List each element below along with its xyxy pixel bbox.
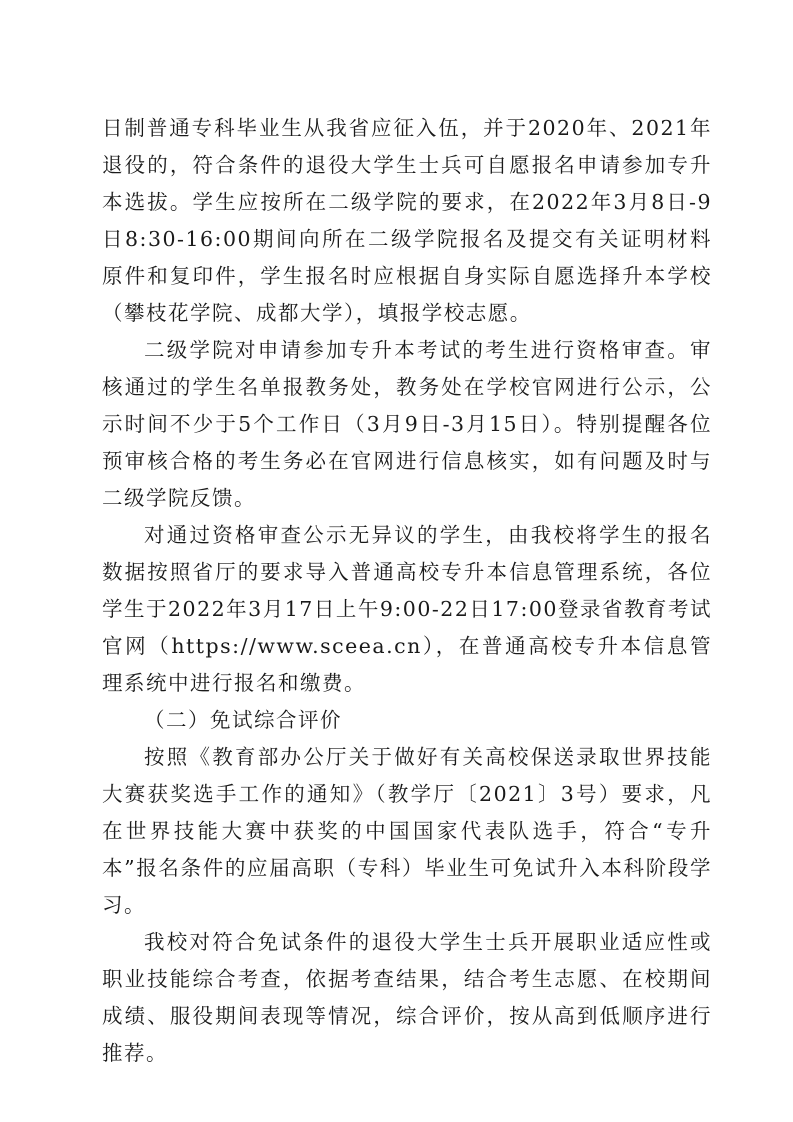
paragraph-registration: 对通过资格审查公示无异议的学生，由我校将学生的报名数据按照省厅的要求导入普通高校…: [102, 517, 712, 702]
paragraph-continuation: 日制普通专科毕业生从我省应征入伍，并于2020年、2021年退役的，符合条件的退…: [102, 110, 712, 332]
paragraph-qualification-review: 二级学院对申请参加专升本考试的考生进行资格审查。审核通过的学生名单报教务处，教务…: [102, 332, 712, 517]
section-heading-exempt-evaluation: （二）免试综合评价: [102, 702, 712, 739]
paragraph-world-skills: 按照《教育部办公厅关于做好有关高校保送录取世界技能大赛获奖选手工作的通知》（教学…: [102, 739, 712, 924]
paragraph-veteran-evaluation: 我校对符合免试条件的退役大学生士兵开展职业适应性或职业技能综合考查，依据考查结果…: [102, 924, 712, 1072]
document-page: 日制普通专科毕业生从我省应征入伍，并于2020年、2021年退役的，符合条件的退…: [102, 110, 712, 1072]
